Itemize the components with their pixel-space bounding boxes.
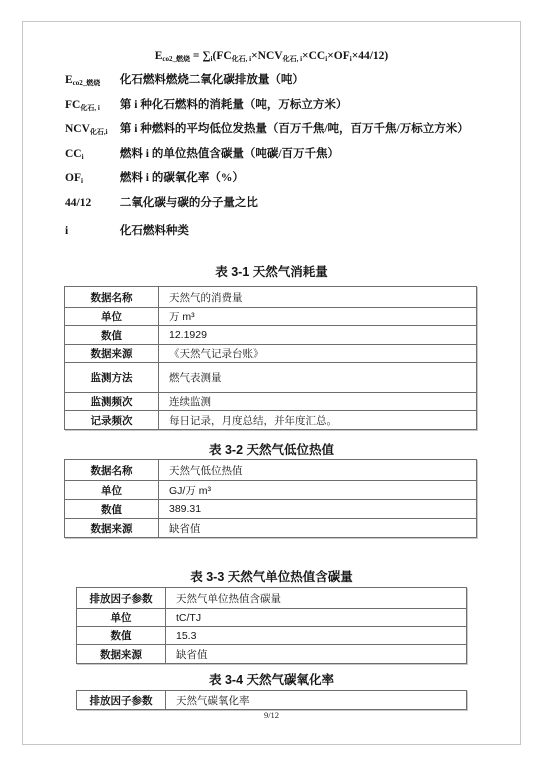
- document-page: Eco2_燃烧 = ∑i(FC化石, i×NCV化石, i×CCi×OFi×44…: [0, 0, 543, 768]
- table-natural-gas-calorific-value: 数据名称 天然气低位热值 单位 GJ/万 m³ 数值 389.31 数据来源 缺…: [64, 459, 477, 538]
- definition-term: i: [65, 225, 111, 238]
- table-row-label: 数据来源: [65, 345, 159, 362]
- table-row-value: 天然气单位热值含碳量: [166, 588, 466, 608]
- table-row-value: 燃气表测量: [159, 363, 476, 392]
- table-row: 单位 GJ/万 m³: [65, 480, 476, 499]
- table-row-label: 单位: [77, 609, 166, 626]
- table-row-label: 记录频次: [65, 411, 159, 429]
- definition-row-fc: FC化石, i 第 i 种化石燃料的消耗量（吨，万标立方米）: [65, 96, 347, 113]
- table-row-value: 万 m³: [159, 308, 476, 325]
- definition-description: 燃料 i 的碳氧化率（%）: [120, 172, 244, 184]
- table-row: 单位 tC/TJ: [77, 608, 466, 626]
- table-title-3-3: 表 3-3 天然气单位热值含碳量: [22, 567, 521, 585]
- table-row-label: 数值: [77, 627, 166, 644]
- table-row: 排放因子参数 天然气单位热值含碳量: [77, 588, 466, 608]
- table-row: 记录频次 每日记录，月度总结，并年度汇总。: [65, 410, 476, 429]
- emission-formula: Eco2_燃烧 = ∑i(FC化石, i×NCV化石, i×CCi×OFi×44…: [22, 50, 521, 64]
- table-row: 监测方法 燃气表测量: [65, 362, 476, 392]
- table-row-label: 排放因子参数: [77, 691, 166, 709]
- table-row-value: 天然气的消费量: [159, 287, 476, 307]
- definition-row-cc: CCi 燃料 i 的单位热值含碳量（吨碳/百万千焦）: [65, 145, 339, 161]
- table-row-value: 《天然气记录台账》: [159, 345, 476, 362]
- definition-description: 二氧化碳与碳的分子量之比: [120, 197, 258, 209]
- table-row: 单位 万 m³: [65, 307, 476, 325]
- table-row-label: 数据来源: [77, 645, 166, 663]
- definition-description: 第 i 种化石燃料的消耗量（吨，万标立方米）: [120, 99, 347, 111]
- table-row: 数据名称 天然气低位热值: [65, 460, 476, 480]
- table-row: 数值 389.31: [65, 499, 476, 518]
- table-row-label: 数值: [65, 500, 159, 518]
- definition-row-of: OFi 燃料 i 的碳氧化率（%）: [65, 169, 244, 185]
- table-row-value: 天然气低位热值: [159, 460, 476, 480]
- definition-term: NCV化石,i: [65, 123, 111, 137]
- table-row-value: 缺省值: [159, 519, 476, 537]
- formula-term-ncv: NCV化石, i: [258, 50, 302, 62]
- table-row-value: tC/TJ: [166, 609, 466, 626]
- table-natural-gas-consumption: 数据名称 天然气的消费量 单位 万 m³ 数值 12.1929 数据来源 《天然…: [64, 286, 477, 430]
- table-row: 数据来源 缺省值: [65, 518, 476, 537]
- table-carbon-oxidation-rate: 排放因子参数 天然气碳氧化率: [76, 690, 467, 710]
- formula-tail: ×44/12): [352, 50, 389, 62]
- table-row: 监测频次 连续监测: [65, 392, 476, 410]
- table-carbon-content-per-heat: 排放因子参数 天然气单位热值含碳量 单位 tC/TJ 数值 15.3 数据来源 …: [76, 587, 467, 664]
- definition-term: CCi: [65, 148, 111, 161]
- table-row: 数据名称 天然气的消费量: [65, 287, 476, 307]
- formula-sum: ∑i: [202, 50, 212, 62]
- table-title-3-2: 表 3-2 天然气低位热值: [22, 440, 521, 458]
- table-row: 数据来源 《天然气记录台账》: [65, 344, 476, 362]
- definition-description: 化石燃料种类: [120, 225, 189, 237]
- table-row-value: 每日记录，月度总结，并年度汇总。: [159, 411, 476, 429]
- table-row: 数值 12.1929: [65, 325, 476, 344]
- definition-term: Eco2_燃烧: [65, 74, 111, 88]
- table-row-value: 天然气碳氧化率: [166, 691, 466, 709]
- formula-equals: =: [190, 50, 202, 62]
- page-number: 9/12: [22, 710, 521, 720]
- table-row: 排放因子参数 天然气碳氧化率: [77, 691, 466, 709]
- formula-term-fc: FC化石, i: [216, 50, 251, 62]
- table-row-label: 监测频次: [65, 393, 159, 410]
- table-row-value: 连续监测: [159, 393, 476, 410]
- definition-row-i: i 化石燃料种类: [65, 222, 189, 238]
- table-row-label: 数据名称: [65, 460, 159, 480]
- definition-row-e: Eco2_燃烧 化石燃料燃烧二氧化碳排放量（吨）: [65, 71, 304, 88]
- definition-row-ncv: NCV化石,i 第 i 种燃料的平均低位发热量（百万千焦/吨，百万千焦/万标立方…: [65, 120, 469, 137]
- table-row-label: 监测方法: [65, 363, 159, 392]
- table-row: 数值 15.3: [77, 626, 466, 644]
- table-row-value: 12.1929: [159, 326, 476, 344]
- definition-row-ratio: 44/12 二氧化碳与碳的分子量之比: [65, 194, 258, 210]
- definition-term: 44/12: [65, 197, 111, 210]
- table-row-label: 数值: [65, 326, 159, 344]
- definition-description: 化石燃料燃烧二氧化碳排放量（吨）: [120, 74, 304, 86]
- table-row-label: 单位: [65, 308, 159, 325]
- definition-description: 第 i 种燃料的平均低位发热量（百万千焦/吨，百万千焦/万标立方米）: [120, 123, 469, 135]
- formula-term-of: OFi: [334, 50, 352, 62]
- table-row-label: 排放因子参数: [77, 588, 166, 608]
- formula-term-e: Eco2_燃烧: [155, 50, 190, 62]
- table-row-label: 数据名称: [65, 287, 159, 307]
- table-row-value: 缺省值: [166, 645, 466, 663]
- table-title-3-4: 表 3-4 天然气碳氧化率: [22, 670, 521, 688]
- table-row-label: 数据来源: [65, 519, 159, 537]
- table-row-value: 389.31: [159, 500, 476, 518]
- table-row-label: 单位: [65, 481, 159, 499]
- table-row: 数据来源 缺省值: [77, 644, 466, 663]
- formula-term-cc: CCi: [309, 50, 328, 62]
- definition-term: FC化石, i: [65, 99, 111, 113]
- definition-term: OFi: [65, 172, 111, 185]
- table-row-value: GJ/万 m³: [159, 481, 476, 499]
- table-title-3-1: 表 3-1 天然气消耗量: [22, 262, 521, 280]
- definition-description: 燃料 i 的单位热值含碳量（吨碳/百万千焦）: [120, 148, 339, 160]
- table-row-value: 15.3: [166, 627, 466, 644]
